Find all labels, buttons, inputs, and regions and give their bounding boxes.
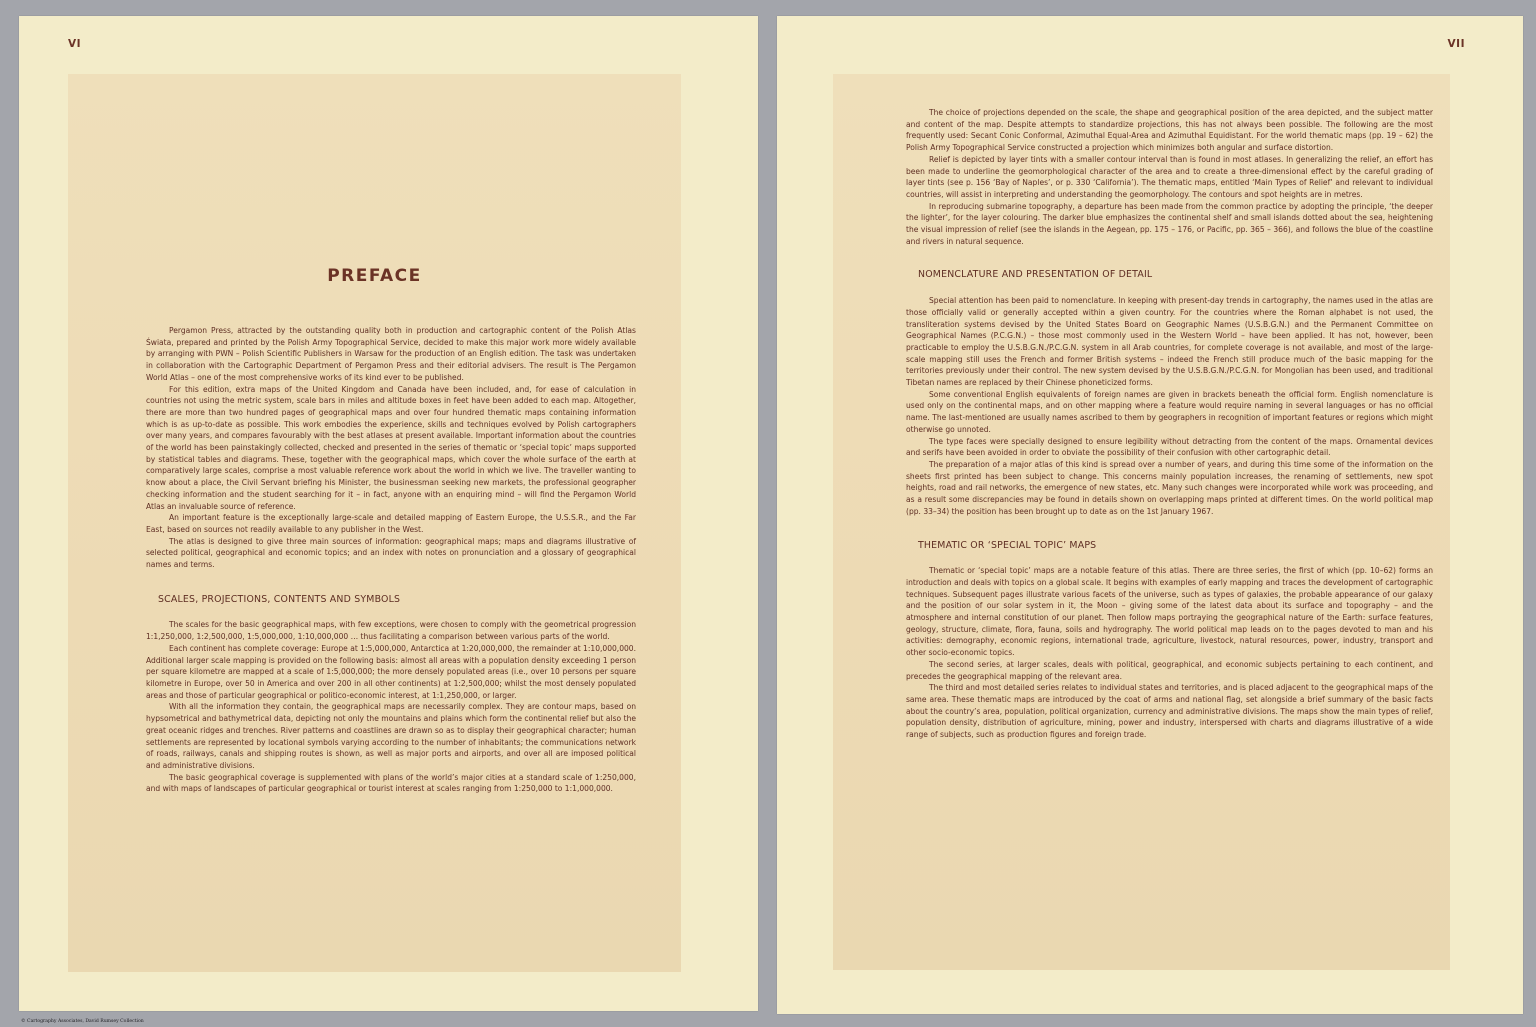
section-heading: NOMENCLATURE AND PRESENTATION OF DETAIL [906, 269, 1433, 281]
right-page-text: The choice of projections depended on th… [906, 107, 1433, 741]
page-title: PREFACE [68, 266, 681, 286]
copyright-credit: © Cartography Associates, David Rumsey C… [21, 1019, 144, 1024]
paragraph: Relief is depicted by layer tints with a… [906, 154, 1433, 201]
paragraph: The third and most detailed series relat… [906, 682, 1433, 741]
paragraph: Some conventional English equivalents of… [906, 389, 1433, 436]
section-heading: SCALES, PROJECTIONS, CONTENTS AND SYMBOL… [146, 594, 636, 606]
paragraph: Each continent has complete coverage: Eu… [146, 643, 636, 702]
paragraph: With all the information they contain, t… [146, 701, 636, 771]
paragraph: The choice of projections depended on th… [906, 107, 1433, 154]
paragraph: The scales for the basic geographical ma… [146, 619, 636, 642]
section-heading: THEMATIC OR ‘SPECIAL TOPIC’ MAPS [906, 540, 1433, 552]
paragraph: The type faces were specially designed t… [906, 436, 1433, 459]
paragraph: Special attention has been paid to nomen… [906, 295, 1433, 389]
paragraph: Pergamon Press, attracted by the outstan… [146, 325, 636, 384]
paragraph: The basic geographical coverage is suppl… [146, 772, 636, 795]
paragraph: The preparation of a major atlas of this… [906, 459, 1433, 518]
paragraph: For this edition, extra maps of the Unit… [146, 384, 636, 513]
paragraph: The atlas is designed to give three main… [146, 536, 636, 571]
paragraph: Thematic or ‘special topic’ maps are a n… [906, 565, 1433, 659]
left-page-text: Pergamon Press, attracted by the outstan… [146, 325, 636, 795]
page-number: VII [1448, 38, 1465, 50]
page-number: VI [68, 38, 81, 50]
paragraph: An important feature is the exceptionall… [146, 512, 636, 535]
paragraph: The second series, at larger scales, dea… [906, 659, 1433, 682]
paragraph: In reproducing submarine topography, a d… [906, 201, 1433, 248]
